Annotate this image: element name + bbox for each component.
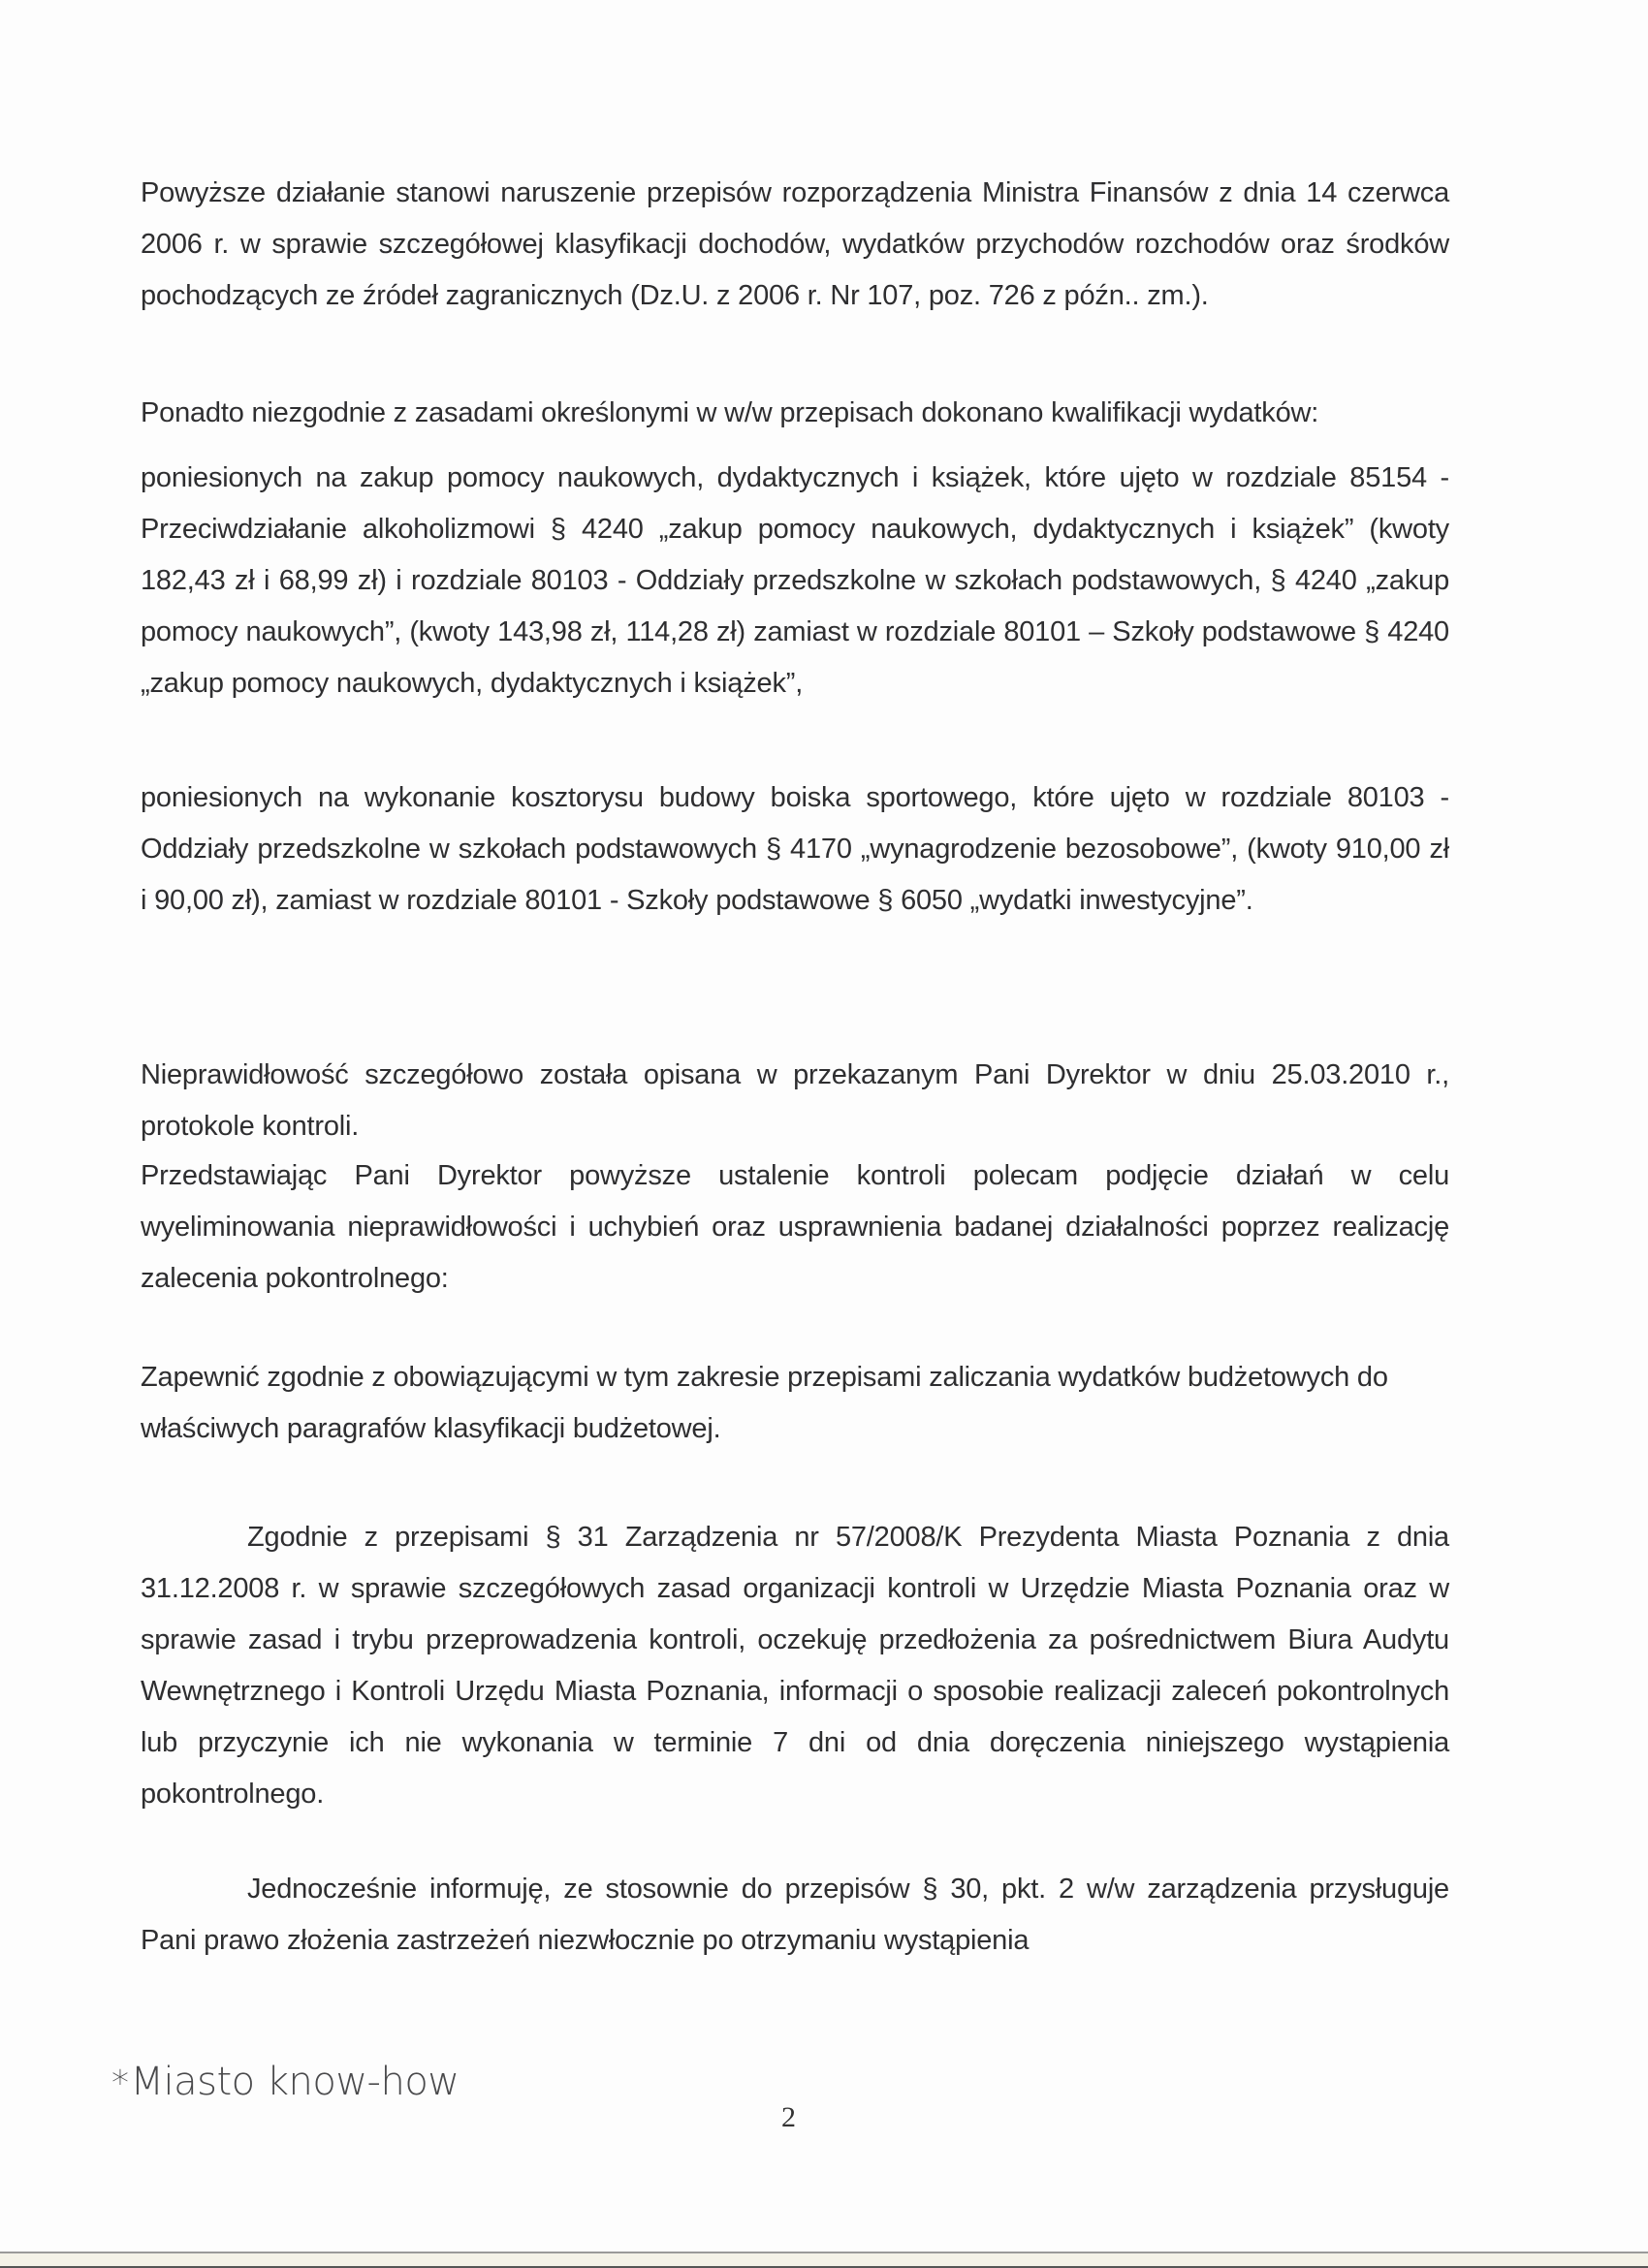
document-page: Powyższe działanie stanowi naruszenie pr…	[0, 0, 1648, 2268]
paragraph-sports-field-estimate: poniesionych na wykonanie kosztorysu bud…	[141, 772, 1449, 927]
page-number: 2	[781, 2101, 796, 2134]
footer-logo: *Miasto know-how	[111, 2060, 460, 2104]
paragraph-recommendation-intro: Przedstawiając Pani Dyrektor powyższe us…	[141, 1150, 1449, 1305]
logo-text: Miasto know-how	[131, 2060, 460, 2104]
paragraph-recommendation: Zapewnić zgodnie z obowiązującymi w tym …	[141, 1352, 1449, 1455]
paragraph-teaching-aids-expenses: poniesionych na zakup pomocy naukowych, …	[141, 453, 1449, 709]
asterisk-icon: *	[111, 2063, 129, 2103]
scan-edge-band	[0, 2253, 1648, 2266]
paragraph-irregularity-description: Nieprawidłowość szczegółowo została opis…	[141, 1050, 1449, 1152]
paragraph-reporting-obligation: Zgodnie z przepisami § 31 Zarządzenia nr…	[141, 1512, 1449, 1820]
paragraph-qualification-intro: Ponadto niezgodnie z zasadami określonym…	[141, 388, 1449, 439]
paragraph-regulation-violation: Powyższe działanie stanowi naruszenie pr…	[141, 168, 1449, 322]
paragraph-right-to-object: Jednocześnie informuję, ze stosownie do …	[141, 1864, 1449, 1967]
